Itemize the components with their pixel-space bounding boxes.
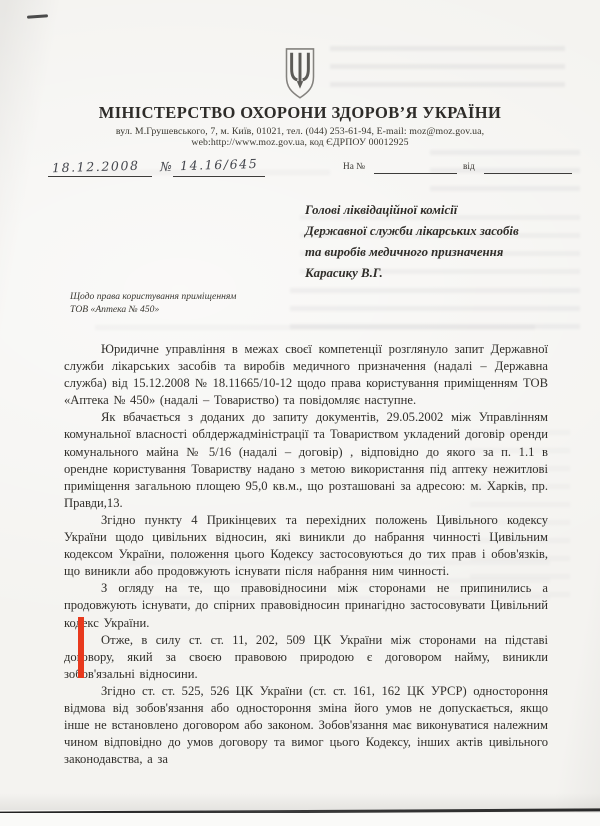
subject-block: Щодо права користування приміщенням ТОВ … — [70, 290, 330, 316]
ministry-title: МІНІСТЕРСТВО ОХОРОНИ ЗДОРОВ’Я УКРАЇНИ — [0, 103, 600, 123]
recipient-block: Голові ліквідаційної комісії Державної с… — [305, 200, 575, 284]
body-paragraph: З огляду на те, що правовідносини між ст… — [64, 580, 548, 631]
red-margin-mark — [78, 617, 84, 678]
recipient-line: Державної служби лікарських засобів — [305, 221, 575, 242]
subject-line: Щодо права користування приміщенням — [70, 290, 330, 303]
recipient-line: Карасику В.Г. — [305, 263, 575, 284]
body-paragraph: Юридичне управління в межах своєї компет… — [64, 341, 548, 409]
ref-date-handwritten: 18.12.2008 — [52, 158, 140, 176]
ministry-address-line-1: вул. М.Грушевського, 7, м. Київ, 01021, … — [0, 126, 600, 137]
reply-on-underline — [374, 172, 457, 174]
ref-number-sign: № — [160, 158, 173, 176]
body-paragraph: Отже, в силу ст. ст. 11, 202, 509 ЦК Укр… — [64, 632, 548, 683]
ukraine-trident-emblem — [278, 47, 322, 101]
reply-on-label: На № — [343, 162, 365, 172]
bleedthrough-ghost — [290, 288, 580, 336]
scanner-background — [0, 813, 600, 826]
ministry-address-line-2: web:http://www.moz.gov.ua, код ЄДРПОУ 00… — [0, 137, 600, 148]
staple-mark — [27, 14, 48, 18]
reply-from-underline — [484, 172, 572, 174]
reply-from-label: від — [463, 162, 475, 172]
ref-date-underline — [48, 175, 152, 177]
scanned-letter-page: МІНІСТЕРСТВО ОХОРОНИ ЗДОРОВ’Я УКРАЇНИ ву… — [0, 0, 600, 826]
recipient-line: та виробів медичного призначення — [305, 242, 575, 263]
bleedthrough-ghost — [330, 46, 565, 96]
page-bottom-shadow — [0, 793, 600, 810]
ref-number-underline — [173, 175, 265, 177]
ref-number-handwritten: 14.16/645 — [180, 156, 258, 174]
bleedthrough-ghost — [95, 325, 535, 339]
body-paragraph: Згідно ст. ст. 525, 526 ЦК України (ст. … — [64, 683, 548, 768]
body-paragraph: Як вбачається з доданих до запиту докуме… — [64, 409, 548, 512]
letter-body: Юридичне управління в межах своєї компет… — [64, 341, 548, 768]
recipient-line: Голові ліквідаційної комісії — [305, 200, 575, 221]
body-paragraph: Згідно пункту 4 Прикінцевих та перехідни… — [64, 512, 548, 580]
subject-line: ТОВ «Аптека № 450» — [70, 303, 330, 316]
